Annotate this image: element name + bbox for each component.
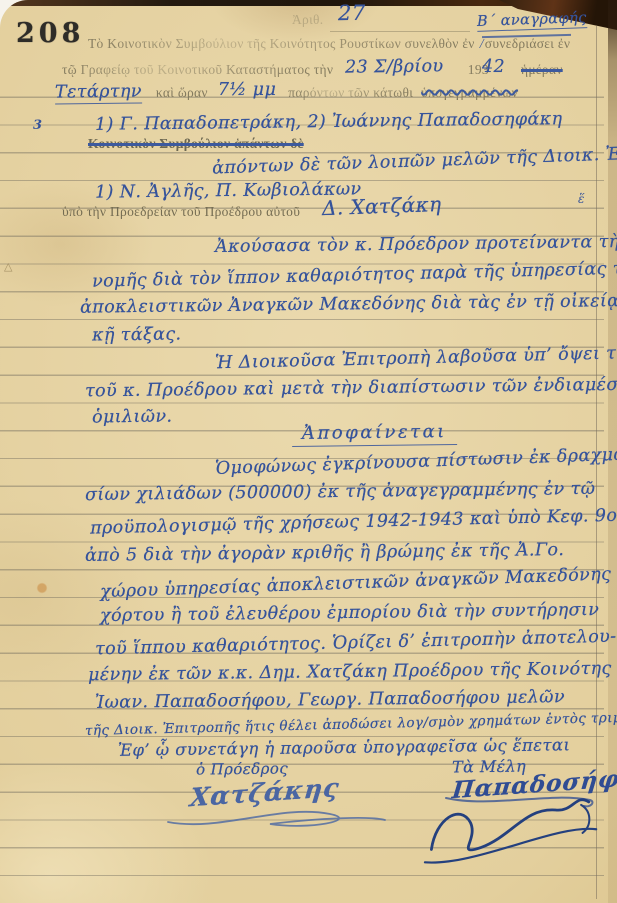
page-number-stamp: 208 bbox=[16, 18, 84, 49]
margin-mark-triangle: △ bbox=[4, 260, 12, 273]
body-p3-line-4: ἀπὸ 5 διὰ τὴν ἀγορὰν κριθῆς ἢ βρώμης ἐκ … bbox=[85, 540, 565, 566]
president-label: ὁ Πρόεδρος bbox=[196, 759, 288, 778]
body-p2-line-2: τοῦ κ. Προέδρου καὶ μετὰ τὴν διαπίστωσιν… bbox=[85, 375, 617, 402]
header-line-3: Τετάρτην καὶ ὥραν 7½ μμ παρόντων τῶν κάτ… bbox=[55, 82, 518, 104]
body-p2-line-1: Ἡ Διοικοῦσα Ἐπιτροπὴ λαβοῦσα ὑπ’ ὄψει τὴ… bbox=[215, 341, 617, 374]
protocol-number-rule bbox=[330, 31, 470, 32]
attendees-line-1: 1) Γ. Παπαδοπετράκη, 2) Ἰωάννης Παπαδοση… bbox=[95, 109, 563, 135]
presidency-printed: ὑπὸ τὴν Προεδρείαν τοῦ Προέδρου αὐτοῦ bbox=[62, 204, 300, 220]
header-line-2: τῷ Γραφείῳ τοῦ Κοινοτικοῦ Καταστήματος τ… bbox=[62, 59, 563, 79]
body-p1-line-4: κῇ τάξας. bbox=[92, 324, 182, 345]
session-date: 23 Σ/βρίου bbox=[345, 56, 444, 77]
struck-word-ypogegrammenon: ὑπογεγραμμένων bbox=[421, 85, 518, 101]
body-p3-line-1: Ὁμοφώνως ἐγκρίνουσα πίστωσιν ἐκ δραχμῶν … bbox=[215, 441, 617, 479]
scanned-minutes-page: 208 Ἀριθ. 27 Β΄ αναγραφής Τὸ Κοινοτικὸν … bbox=[0, 0, 617, 903]
body-p1-line-2: νομῆς διὰ τὸν ἵππον καθαριότητος παρὰ τῆ… bbox=[92, 258, 617, 292]
body-p3-line-5: χώρου ὑπηρεσίας ἀποκλειστικῶν ἀναγκῶν Μα… bbox=[100, 564, 617, 602]
header-printed-3a: καὶ ὥραν bbox=[156, 85, 208, 101]
header-printed-2: τῷ Γραφείῳ τοῦ Κοινοτικοῦ Καταστήματος τ… bbox=[62, 62, 333, 78]
struck-word-imeran: ἡμέραν bbox=[521, 62, 563, 78]
body-p2-line-3: ὁμιλιῶν. bbox=[92, 407, 173, 428]
protocol-number-value: 27 bbox=[338, 1, 366, 25]
president-signature: Χατζάκης bbox=[189, 773, 341, 813]
body-p3-line-9: Ἰωαν. Παπαδοσήφου, Γεωργ. Παπαδοσήφου με… bbox=[95, 687, 565, 713]
body-p3-line-10: τῆς Διοικ. Ἐπιτροπῆς ἥτις θέλει ἀποδώσει… bbox=[85, 709, 617, 739]
header-line-1: Τὸ Κοινοτικὸν Συμβούλιον τῆς Κοινότητος … bbox=[88, 36, 570, 52]
body-p3-line-8: μένην ἐκ τῶν κ.κ. Δημ. Χατζάκη Προέδρου … bbox=[88, 659, 612, 685]
body-p1-line-1: Ἀκούσασα τὸν κ. Πρόεδρον προτείναντα τὴν… bbox=[215, 231, 617, 257]
session-time: 7½ μμ bbox=[218, 80, 276, 100]
corner-annotation-text: Β΄ αναγραφής bbox=[477, 10, 587, 32]
body-p1-line-3: ἀποκλειστικῶν Ἀναγκῶν Μακεδόνης διὰ τὰς … bbox=[80, 290, 617, 317]
session-day: Τετάρτην bbox=[55, 81, 142, 104]
header-printed-1-marked: συνεδριάσει ἐν bbox=[480, 36, 571, 52]
margin-mark-right: ἕ bbox=[578, 192, 584, 206]
header-printed-3b: παρόντων τῶν κάτωθι bbox=[288, 85, 413, 101]
body-p3-line-6: χόρτου ἢ τοῦ ἐλευθέρου ἐμπορίου διὰ τὴν … bbox=[100, 600, 599, 626]
presidency-line: ὑπὸ τὴν Προεδρείαν τοῦ Προέδρου αὐτοῦ Δ.… bbox=[62, 197, 442, 221]
body-p3-line-3: προϋπολογισμῷ τῆς χρήσεως 1942-1943 καὶ … bbox=[90, 505, 617, 538]
corner-annotation: Β΄ αναγραφής bbox=[477, 10, 587, 30]
header-printed-1: Τὸ Κοινοτικὸν Συμβούλιον τῆς Κοινότητος … bbox=[88, 36, 475, 52]
president-name: Δ. Χατζάκη bbox=[322, 192, 442, 220]
protocol-number-label: Ἀριθ. bbox=[292, 12, 323, 28]
body-p3-line-7: τοῦ ἵππου καθαριότητος. Ὁρίζει δ’ ἐπιτρο… bbox=[95, 627, 617, 660]
margin-mark-3: 3 bbox=[33, 118, 42, 133]
year-handwritten: 42 bbox=[482, 57, 505, 77]
struck-printed-line: Κοινοτικὸν Συμβούλιον ἁπάντων δὲ bbox=[88, 136, 304, 152]
decision-heading: Ἀποφαίνεται bbox=[292, 421, 457, 447]
body-p3-line-2: σίων χιλιάδων (500000) ἐκ τῆς ἀναγεγραμμ… bbox=[85, 479, 596, 505]
